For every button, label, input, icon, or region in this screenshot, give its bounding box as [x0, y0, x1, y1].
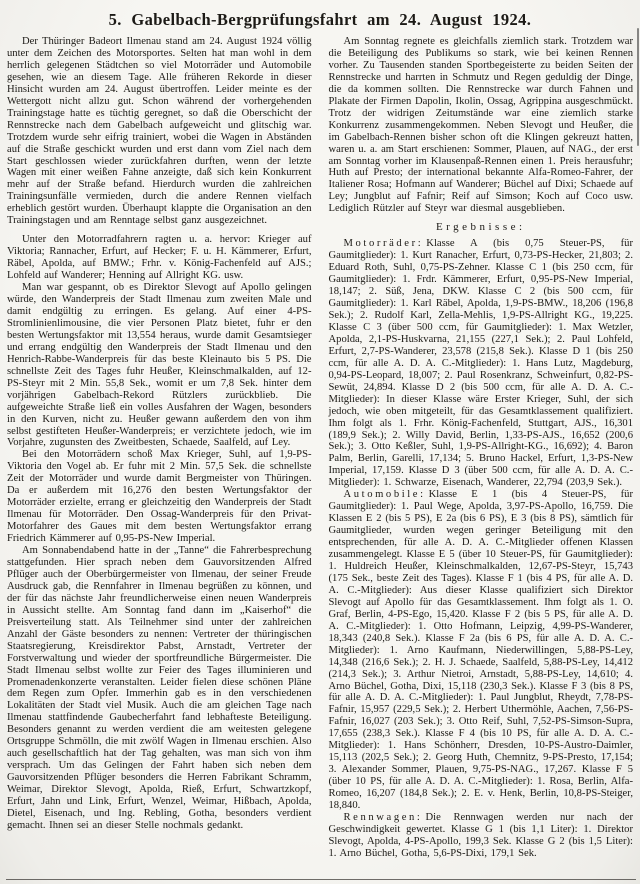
results-automobiles-text: Klasse E 1 (bis 4 Steuer-PS, für Gaumitg…	[329, 489, 634, 811]
left-column: Der Thüringer Badeort Ilmenau stand am 2…	[7, 36, 312, 860]
paragraph-riders: Unter den Motorradfahrern ragten u. a. h…	[7, 234, 312, 282]
results-automobiles: Automobile:Klasse E 1 (bis 4 Steuer-PS, …	[329, 489, 634, 812]
results-motorcycles: Motorräder:Klasse A (bis 0,75 Steuer-PS,…	[329, 238, 634, 489]
results-motorcycles-label: Motorräder:	[344, 238, 424, 249]
results-racing-cars-label: Rennwagen:	[344, 812, 423, 823]
right-column: Am Sonntag regnete es gleichfalls ziemli…	[329, 36, 634, 860]
results-heading: Ergebnisse:	[329, 222, 634, 234]
results-motorcycles-text: Klasse A (bis 0,75 Steuer-PS, für Gaumit…	[329, 238, 634, 488]
scanned-article-page: 5. Gabelbach-Bergprüfungsfahrt am 24. Au…	[0, 0, 640, 884]
paragraph-sunday: Am Sonntag regnete es gleichfalls ziemli…	[329, 36, 634, 215]
paragraph-krieger: Bei den Motorrädern schoß Max Krieger, S…	[7, 449, 312, 545]
paragraph-intro: Der Thüringer Badeort Ilmenau stand am 2…	[7, 36, 312, 227]
results-racing-cars: Rennwagen:Die Rennwagen werden nur nach …	[329, 812, 634, 860]
scan-edge-artifact	[637, 28, 639, 146]
paragraph-slevogt: Man war gespannt, ob es Direktor Slevogt…	[7, 282, 312, 449]
section-divider-rule	[6, 879, 636, 880]
page-title: 5. Gabelbach-Bergprüfungsfahrt am 24. Au…	[0, 0, 640, 30]
paragraph-social: Am Sonnabendabend hatte in der „Tanne“ d…	[7, 545, 312, 832]
results-automobiles-label: Automobile:	[344, 489, 426, 500]
article-columns: Der Thüringer Badeort Ilmenau stand am 2…	[0, 36, 640, 860]
